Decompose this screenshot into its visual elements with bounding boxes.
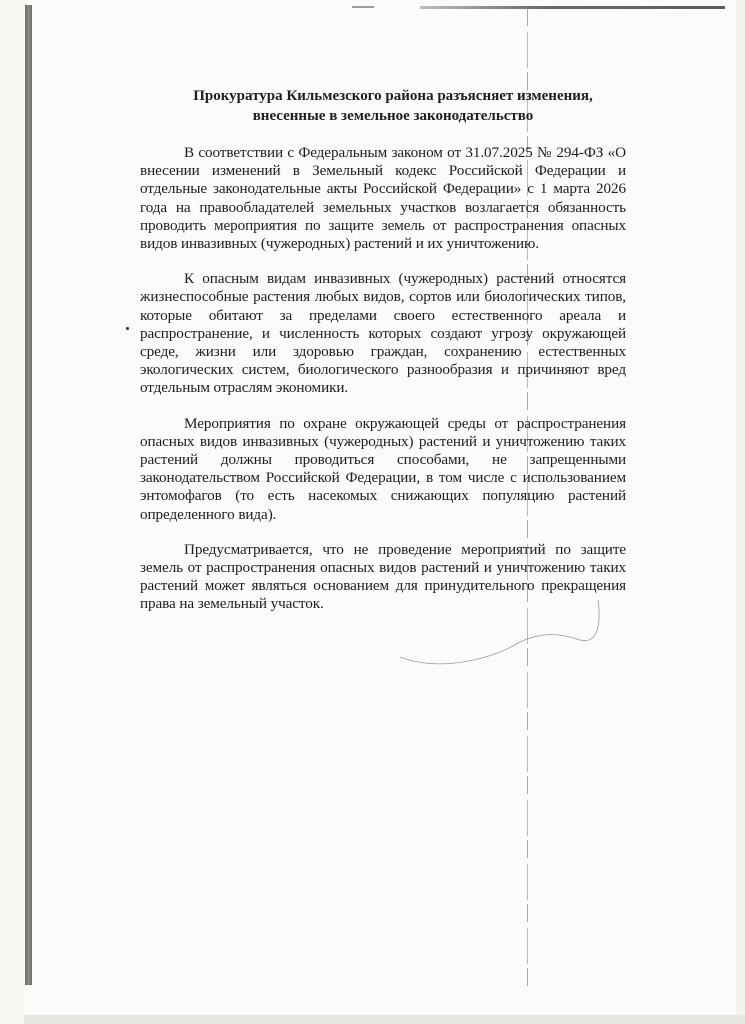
document-body: Прокуратура Кильмезского района разъясня… bbox=[140, 86, 626, 631]
title-line-1: Прокуратура Кильмезского района разъясня… bbox=[160, 86, 626, 106]
scan-bottom-margin bbox=[24, 1015, 745, 1024]
scan-left-margin bbox=[0, 0, 24, 1024]
scan-top-mark bbox=[352, 6, 374, 8]
document-title: Прокуратура Кильмезского района разъясня… bbox=[160, 86, 626, 126]
scan-right-margin bbox=[736, 0, 745, 1024]
scan-top-shadow-bar bbox=[420, 6, 725, 9]
scan-left-shadow-bar bbox=[25, 5, 32, 985]
scan-speck bbox=[126, 327, 129, 330]
paragraph-2: К опасным видам инвазивных (чужеродных) … bbox=[140, 270, 626, 397]
title-line-2: внесенные в земельное законодательство bbox=[160, 106, 626, 126]
scanned-page: Прокуратура Кильмезского района разъясня… bbox=[0, 0, 745, 1024]
paragraph-3: Мероприятия по охране окружающей среды о… bbox=[140, 415, 626, 524]
paragraph-1: В соответствии с Федеральным законом от … bbox=[140, 144, 626, 253]
paragraph-4: Предусматривается, что не проведение мер… bbox=[140, 541, 626, 614]
